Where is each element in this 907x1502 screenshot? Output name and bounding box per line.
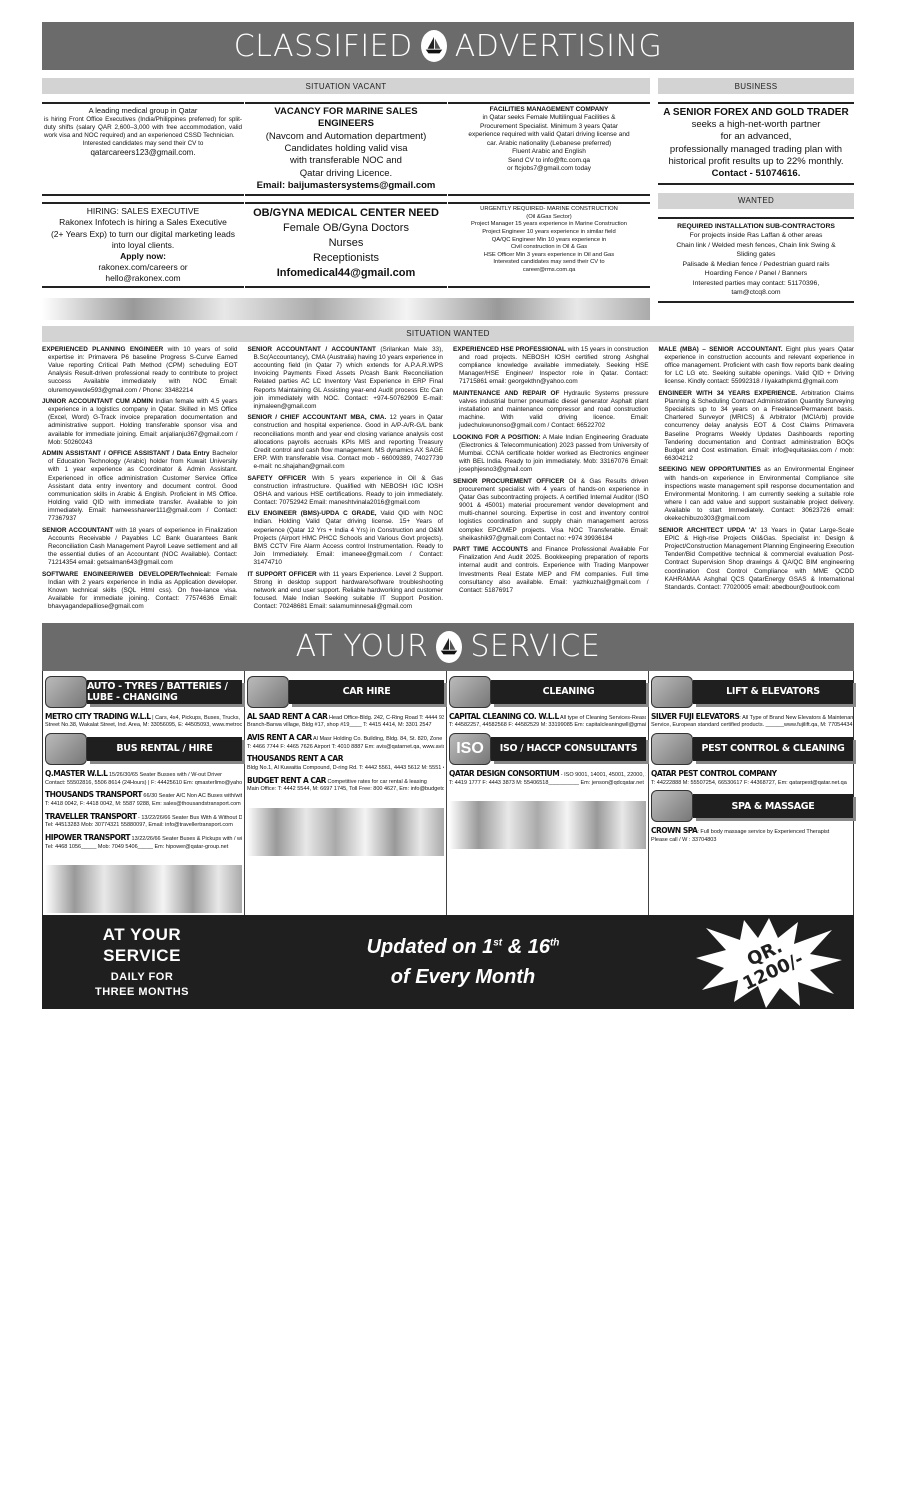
vacant-ad-facilities: FACILITIES MANAGEMENT COMPANY in Qatar s… (448, 102, 650, 196)
service-column: AUTO - TYRES / BATTERIES / LUBE - CHANGI… (43, 671, 245, 916)
situation-wanted-ad: SENIOR ACCOUNTANT / ACCOUNTANT (Srilanka… (248, 346, 444, 412)
service-promo-footer: AT YOUR SERVICE DAILY FOR THREE MONTHS U… (42, 915, 854, 1009)
ad-head: JUNIOR ACCOUNTANT CUM ADMIN (42, 398, 153, 405)
situation-wanted-ad: PART TIME ACCOUNTS and Finance Professio… (453, 546, 649, 595)
ad-line: Chain link / Welded mesh fences, Chain l… (658, 241, 854, 251)
ad-line: Civil construction in Oil & Gas (450, 244, 648, 252)
service-listing: TRAVELLER TRANSPORT - 13/22/26/66 Seater… (45, 812, 242, 830)
ad-body: Indian female with 4.5 years experience … (48, 398, 238, 446)
vacant-ad-obgyna: OB/GYNA MEDICAL CENTER NEED Female OB/Gy… (245, 202, 447, 287)
promo-sup: st (493, 938, 502, 949)
service-category-header: ISOISO / HACCP CONSULTANTS (449, 733, 646, 765)
listing-desc: - 13/22/26/66 Seater Bus With & Without … (136, 815, 242, 821)
situation-wanted-ad: SAFETY OFFICER With 5 years experience i… (248, 475, 444, 508)
situation-wanted-ad: SEEKING NEW OPPORTUNITIES as an Environm… (659, 466, 855, 523)
spa-icon (651, 790, 693, 822)
ad-head: ELV ENGINEER (BMS)-UPDA C GRADE, (248, 510, 377, 517)
promo-text: Updated on 1 (367, 936, 494, 958)
service-category-header: SPA & MASSAGE (651, 790, 853, 822)
ad-line: into loyal clients. (44, 240, 242, 251)
promo-title: SERVICE (42, 946, 242, 966)
banner-title-right: ADVERTISING (455, 29, 663, 64)
situation-wanted-ad: SENIOR PROCUREMENT OFFICER Oil & Gas Res… (453, 478, 649, 544)
service-listing: SILVER FUJI ELEVATORS: All Type of Brand… (651, 712, 853, 730)
ad-line: tam@ctcq8.com (658, 288, 854, 298)
ad-email: qatarcareers123@gmail.com. (44, 148, 242, 158)
listing-contact: Service, European standard certified pro… (651, 722, 853, 730)
situation-wanted-ad: ADMIN ASSISTANT / OFFICE ASSISTANT / Dat… (42, 450, 238, 524)
situation-wanted-ad: SENIOR ACCOUNTANT with 18 years of exper… (42, 527, 238, 568)
situation-wanted-ad: ENGINEER WITH 34 YEARS EXPERIENCE. Arbit… (659, 390, 855, 464)
ad-contact: hello@rakonex.com (44, 273, 242, 284)
classified-page: CLASSIFIED ADVERTISING SITUATION VACANT … (42, 22, 854, 1009)
ad-head: SENIOR ACCOUNTANT (42, 527, 113, 534)
ad-line: Project Engineer 10 years experience in … (450, 229, 648, 237)
bus-icon (45, 733, 87, 765)
listing-name: AVIS RENT A CAR (247, 733, 312, 742)
ad-contact: rakonex.com/careers or (44, 262, 242, 273)
listing-desc: | Cars, 4x4, Pickups, Buses, Trucks, For… (151, 715, 242, 721)
service-listing: BUDGET RENT A CAR Competitive rates for … (247, 776, 444, 794)
ad-head: FACILITIES MANAGEMENT COMPANY (450, 106, 648, 114)
elevator-icon (651, 676, 693, 708)
service-banner: AT YOUR SERVICE (42, 623, 854, 671)
listing-name: THOUSANDS TRANSPORT (45, 790, 142, 799)
service-column: LIFT & ELEVATORSSILVER FUJI ELEVATORS: A… (649, 671, 855, 916)
ad-line: HSE Officer Min 3 years experience in Oi… (450, 252, 648, 260)
ad-line: car. Arabic nationality (Lebanese prefer… (450, 140, 648, 148)
promo-text: & 16 (502, 936, 550, 958)
service-category-title: LIFT & ELEVATORS (693, 680, 853, 704)
ad-body: as an Environmental Engineer with hands-… (665, 466, 855, 522)
ad-line: Fluent Arabic and English (450, 148, 648, 156)
ad-body: 12 years in Qatar construction and hospi… (254, 414, 444, 470)
ad-line: QA/QC Engineer Min 10 years experience i… (450, 237, 648, 245)
ad-head: EXPERIENCED PLANNING ENGINEER (42, 346, 163, 353)
service-column: CLEANINGCAPITAL CLEANING CO. W.L.L All t… (447, 671, 649, 916)
business-section: BUSINESS A SENIOR FOREX AND GOLD TRADER … (658, 78, 854, 320)
ad-line: historical profit results up to 22% mont… (658, 156, 854, 168)
chrome-divider (247, 808, 444, 856)
listing-contact: T: 4466 7744 F: 4465 7626 Airport T: 401… (247, 744, 444, 752)
situation-wanted-column: SENIOR ACCOUNTANT / ACCOUNTANT (Srilanka… (248, 346, 444, 615)
car-keys-icon (247, 676, 289, 708)
dhow-boat-icon (436, 631, 462, 663)
service-listing: QATAR PEST CONTROL COMPANYT: 44222888 M:… (651, 769, 853, 787)
listing-contact: T: 4419 1777 F: 4443 3873 M: 55406518___… (449, 780, 646, 788)
ad-body: is hiring Front Office Executives (India… (44, 116, 242, 141)
situation-wanted-ad: IT SUPPORT OFFICER with 11 years Experie… (248, 571, 444, 612)
service-listing: HIPOWER TRANSPORT 13/22/26/66 Seater Bus… (45, 833, 242, 851)
listing-desc: Competitive rates for car rental & leasi… (326, 779, 427, 785)
ad-line: Female OB/Gyna Doctors (247, 221, 445, 236)
ad-contact: Contact - 51074616. (658, 168, 854, 180)
ad-line: For projects inside Ras Laffan & other a… (658, 231, 854, 241)
listing-desc: : All Type of Brand New Elevators & Main… (739, 715, 853, 721)
listing-name: SILVER FUJI ELEVATORS (651, 712, 739, 721)
ad-line: Interested candidates may send their CV … (450, 259, 648, 267)
listing-contact: Tel: 44513283 Mob: 30774321 55880097, Em… (45, 822, 242, 830)
situation-wanted-columns: EXPERIENCED PLANNING ENGINEER with 10 ye… (42, 346, 854, 615)
wanted-ad-subcontractors: REQUIRED INSTALLATION SUB-CONTRACTORS Fo… (658, 217, 854, 303)
service-column: CAR HIREAL SAAD RENT A CAR Head Office-B… (245, 671, 447, 916)
pest-control-icon (651, 733, 693, 765)
section-header-situation-wanted: SITUATION WANTED (42, 326, 854, 342)
listing-name: TRAVELLER TRANSPORT (45, 812, 136, 821)
promo-left: AT YOUR SERVICE DAILY FOR THREE MONTHS (42, 925, 242, 999)
ad-line: Hoarding Fence / Panel / Banners (658, 269, 854, 279)
ad-head: SENIOR ACCOUNTANT / ACCOUNTANT (248, 346, 376, 353)
ad-line: Send CV to info@ftc.com.qa (450, 157, 648, 165)
service-title-left: AT YOUR (296, 629, 429, 664)
ad-body: 13 Years in Qatar Large-Scale EPIC & Hig… (665, 527, 855, 591)
listing-contact: T: 44222888 M: 55507254, 66530617 F: 443… (651, 780, 853, 788)
listing-name: BUDGET RENT A CAR (247, 776, 326, 785)
situation-wanted-ad: LOOKING FOR A POSITION: A Male Indian En… (453, 434, 649, 475)
service-category-title: ISO / HACCP CONSULTANTS (491, 737, 646, 761)
section-header-situation-vacant: SITUATION VACANT (42, 78, 650, 94)
service-category-header: LIFT & ELEVATORS (651, 676, 853, 708)
section-header-wanted: WANTED (658, 193, 854, 209)
service-listing: METRO CITY TRADING W.L.L | Cars, 4x4, Pi… (45, 712, 242, 730)
service-listing: Q.MASTER W.L.L 15/26/30/65 Seater Busses… (45, 769, 242, 787)
service-category-header: BUS RENTAL / HIRE (45, 733, 242, 765)
ad-head: HIRING: SALES EXECUTIVE (44, 206, 242, 217)
promo-sub: THREE MONTHS (42, 985, 242, 1000)
service-category-title: CLEANING (491, 680, 646, 704)
chrome-divider (42, 298, 650, 320)
service-listing: CROWN SPA: Full body massage service by … (651, 826, 853, 844)
vacant-ad-marine-construction: URGENTLY REQUIRED- MARINE CONSTRUCTION (… (448, 202, 650, 287)
service-category-title: AUTO - TYRES / BATTERIES / LUBE - CHANGI… (87, 680, 242, 704)
ad-line: in Qatar seeks Female Multilingual Facil… (450, 114, 648, 122)
listing-name: THOUSANDS RENT A CAR (247, 754, 343, 763)
ad-line: Palisade & Median fence / Pedestrian gua… (658, 260, 854, 270)
listing-contact: Bldg No.1, Al Kuwaitia Compound, D-ring … (247, 765, 444, 773)
service-category-header: PEST CONTROL & CLEANING (651, 733, 853, 765)
service-title-right: SERVICE (470, 629, 600, 664)
ad-line: Nurses (247, 236, 445, 251)
ad-body: Arbitration Claims Planning & Scheduling… (665, 390, 855, 463)
ad-head: SENIOR PROCUREMENT OFFICER (453, 478, 564, 485)
chrome-divider (449, 801, 646, 849)
ad-line: (2+ Years Exp) to turn our digital marke… (44, 229, 242, 240)
listing-name: HIPOWER TRANSPORT (45, 833, 130, 842)
ad-head: A SENIOR FOREX AND GOLD TRADER (658, 106, 854, 119)
ad-head: PART TIME ACCOUNTS (453, 546, 528, 553)
service-category-header: CLEANING (449, 676, 646, 708)
situation-wanted-ad: MAINTENANCE AND REPAIR OF Hydraulic Syst… (453, 390, 649, 431)
ad-line: seeks a high-net-worth partner (658, 119, 854, 131)
situation-wanted-ad: MALE (MBA) – SENIOR ACCOUNTANT. Eight pl… (659, 346, 855, 387)
ad-head: SAFETY OFFICER (248, 475, 307, 482)
listing-name: METRO CITY TRADING W.L.L (45, 712, 151, 721)
listing-desc: Head Office-Bldg. 242, C-Ring Road T: 44… (327, 715, 444, 721)
ad-body: and Finance Professional Available For F… (459, 546, 649, 594)
listing-name: AL SAAD RENT A CAR (247, 712, 327, 721)
listing-desc: 13/22/26/66 Seater Buses & Pickups with … (130, 836, 242, 842)
ad-head: REQUIRED INSTALLATION SUB-CONTRACTORS (658, 222, 854, 232)
listing-desc: 66/30 Seater A/C Non AC Buses with/witho… (142, 793, 242, 799)
listing-name: CAPITAL CLEANING CO. W.L.L (449, 712, 559, 721)
promo-text: of Every Month (242, 962, 684, 992)
listing-contact: Branch-Barwa village, Bldg #17, shop #19… (247, 722, 444, 730)
service-category-header: AUTO - TYRES / BATTERIES / LUBE - CHANGI… (45, 676, 242, 708)
ad-line: Interested parties may contact: 51170396… (658, 279, 854, 289)
vacant-ad-marine-sales: VACANCY FOR MARINE SALES ENGINEERS (Navc… (245, 102, 447, 196)
listing-name: QATAR DESIGN CONSORTIUM (449, 769, 559, 778)
ad-head: OB/GYNA MEDICAL CENTER NEED (247, 206, 445, 221)
ad-head: VACANCY FOR MARINE SALES ENGINEERS (247, 106, 445, 131)
service-category-title: CAR HIRE (289, 680, 444, 704)
listing-name: QATAR PEST CONTROL COMPANY (651, 769, 777, 778)
listing-desc: : Full body massage service by Experienc… (697, 829, 829, 835)
listing-name: Q.MASTER W.L.L (45, 769, 107, 778)
promo-update-schedule: Updated on 1st & 16th of Every Month (242, 932, 684, 992)
ad-body: Bachelor of Education Technology (Arabic… (48, 450, 238, 523)
service-directory-grid: AUTO - TYRES / BATTERIES / LUBE - CHANGI… (42, 671, 854, 916)
listing-contact: Contact: 55502816, 5506 8614 (24Hours) |… (45, 780, 242, 788)
ad-line: professionally managed trading plan with (658, 144, 854, 156)
situation-vacant-section: SITUATION VACANT A leading medical group… (42, 78, 650, 320)
ad-line: Project Manager 15 years experience in M… (450, 221, 648, 229)
situation-wanted-ad: SENIOR / CHIEF ACCOUNTANT MBA, CMA. 12 y… (248, 414, 444, 471)
listing-desc: All type of Cleaning Services-Reasonable… (559, 715, 646, 721)
ad-line: for an advanced, (658, 131, 854, 143)
ad-head: SENIOR / CHIEF ACCOUNTANT MBA, CMA. (248, 414, 387, 421)
ad-line: Rakonex Infotech is hiring a Sales Execu… (44, 217, 242, 228)
listing-name: CROWN SPA (651, 826, 697, 835)
situation-wanted-ad: ELV ENGINEER (BMS)-UPDA C GRADE, Valid Q… (248, 510, 444, 567)
ad-line: (Oil &Gas Sector) (450, 214, 648, 222)
ad-line: Procurement Specialist. Minimum 3 years … (450, 123, 648, 131)
ad-line: with transferable NOC and (247, 155, 445, 167)
ad-email: Infomedical44@gmail.com (247, 266, 445, 281)
ad-head: SENIOR ARCHITECT UPDA 'A' (659, 527, 757, 534)
situation-wanted-ad: SOFTWARE ENGINEER/WEB DEVELOPER/Technica… (42, 571, 238, 612)
listing-contact: Main Office: T: 4442 5544, M: 6697 1745,… (247, 786, 444, 794)
promo-title: AT YOUR (42, 925, 242, 945)
ad-head: A leading medical group in Qatar (44, 106, 242, 116)
ad-body: Oil & Gas Results driven procurement spe… (459, 478, 649, 542)
ad-line: Receptionists (247, 251, 445, 266)
listing-contact: T: 44582257, 44582568 F: 44582529 M: 331… (449, 722, 646, 730)
service-listing: THOUSANDS TRANSPORT 66/30 Seater A/C Non… (45, 790, 242, 808)
situation-wanted-ad: JUNIOR ACCOUNTANT CUM ADMIN Indian femal… (42, 398, 238, 447)
listing-desc: - ISO 9001, 14001, 45001, 22000, 27001, … (559, 772, 646, 778)
banner-title-left: CLASSIFIED (234, 29, 413, 64)
service-category-title: BUS RENTAL / HIRE (87, 737, 242, 761)
price-starburst: QR. 1200/- (684, 915, 854, 1009)
ad-head: EXPERIENCED HSE PROFESSIONAL (453, 346, 566, 353)
service-listing: CAPITAL CLEANING CO. W.L.L All type of C… (449, 712, 646, 730)
vacant-ad-sales-executive: HIRING: SALES EXECUTIVE Rakonex Infotech… (42, 202, 244, 287)
ad-email: Email: baijumastersystems@gmail.com (247, 180, 445, 192)
listing-contact: Please call / W : 33704803 (651, 837, 853, 845)
ad-line: Sliding gates (658, 250, 854, 260)
ad-line: Qatar driving Licence. (247, 168, 445, 180)
service-listing: THOUSANDS RENT A CARBldg No.1, Al Kuwait… (247, 754, 444, 772)
service-listing: AVIS RENT A CAR Al Masr Holding Co. Buil… (247, 733, 444, 751)
situation-wanted-column: EXPERIENCED PLANNING ENGINEER with 10 ye… (42, 346, 238, 615)
ad-body: Valid QID with NOC Indian. Holding Valid… (254, 510, 444, 566)
situation-wanted-ad: EXPERIENCED HSE PROFESSIONAL with 15 yea… (453, 346, 649, 387)
ad-head: ENGINEER WITH 34 YEARS EXPERIENCE. (659, 390, 798, 397)
promo-sub: DAILY FOR (42, 970, 242, 985)
listing-contact: Street No.38, Wakalat Street, Ind. Area,… (45, 722, 242, 730)
ad-head: URGENTLY REQUIRED- MARINE CONSTRUCTION (450, 206, 648, 214)
ad-head: ADMIN ASSISTANT / OFFICE ASSISTANT / Dat… (42, 450, 210, 457)
business-ad-forex: A SENIOR FOREX AND GOLD TRADER seeks a h… (658, 102, 854, 185)
ad-head: LOOKING FOR A POSITION: (453, 434, 541, 441)
listing-contact: Tel: 4468 1056_____ Mob: 7049 5406_____ … (45, 844, 242, 852)
service-listing: AL SAAD RENT A CAR Head Office-Bldg. 242… (247, 712, 444, 730)
ad-line: experience required with valid Qatari dr… (450, 131, 648, 139)
ad-apply: Apply now: (44, 251, 242, 262)
listing-desc: 15/26/30/65 Seater Busses with / W-out D… (107, 772, 222, 778)
listing-contact: T: 4418 0042, F: 4418 0042, M: 5587 9288… (45, 801, 242, 809)
ad-head: MAINTENANCE AND REPAIR OF (453, 390, 559, 397)
service-category-header: CAR HIRE (247, 676, 444, 708)
situation-wanted-column: EXPERIENCED HSE PROFESSIONAL with 15 yea… (453, 346, 649, 615)
ad-line: career@rms.com.qa (450, 267, 648, 275)
car-service-icon (45, 676, 87, 708)
ad-line: or ftcjobs7@gmail.com today (450, 165, 648, 173)
listing-desc: Al Masr Holding Co. Building, Bldg. 84, … (312, 736, 444, 742)
dhow-boat-icon (421, 30, 447, 62)
section-header-business: BUSINESS (658, 78, 854, 94)
ad-head: SEEKING NEW OPPORTUNITIES (659, 466, 761, 473)
ad-line: Candidates holding valid visa (247, 143, 445, 155)
classified-banner: CLASSIFIED ADVERTISING (42, 22, 854, 70)
ad-head: IT SUPPORT OFFICER (248, 571, 317, 578)
ad-body: (Srilankan Male 33), B.Sc(Accountancy), … (254, 346, 444, 410)
chrome-divider (45, 865, 242, 913)
service-category-title: SPA & MASSAGE (693, 794, 853, 818)
cleaning-icon (449, 676, 491, 708)
at-your-service-section: AT YOUR SERVICE AUTO - TYRES / BATTERIES… (42, 623, 854, 1010)
service-category-title: PEST CONTROL & CLEANING (693, 737, 853, 761)
situation-wanted-ad: EXPERIENCED PLANNING ENGINEER with 10 ye… (42, 346, 238, 395)
vacant-ad-medical-group: A leading medical group in Qatar is hiri… (42, 102, 244, 196)
ad-line: (Navcom and Automation department) (247, 131, 445, 143)
service-listing: QATAR DESIGN CONSORTIUM - ISO 9001, 1400… (449, 769, 646, 787)
promo-sup: th (550, 938, 559, 949)
situation-wanted-ad: SENIOR ARCHITECT UPDA 'A' 13 Years in Qa… (659, 527, 855, 593)
ad-head: SOFTWARE ENGINEER/WEB DEVELOPER/Technica… (42, 571, 211, 578)
ad-note: Interested candidates may send their CV … (44, 140, 242, 148)
situation-wanted-column: MALE (MBA) – SENIOR ACCOUNTANT. Eight pl… (659, 346, 855, 615)
iso-icon: ISO (449, 733, 491, 765)
ad-head: MALE (MBA) – SENIOR ACCOUNTANT. (659, 346, 783, 353)
